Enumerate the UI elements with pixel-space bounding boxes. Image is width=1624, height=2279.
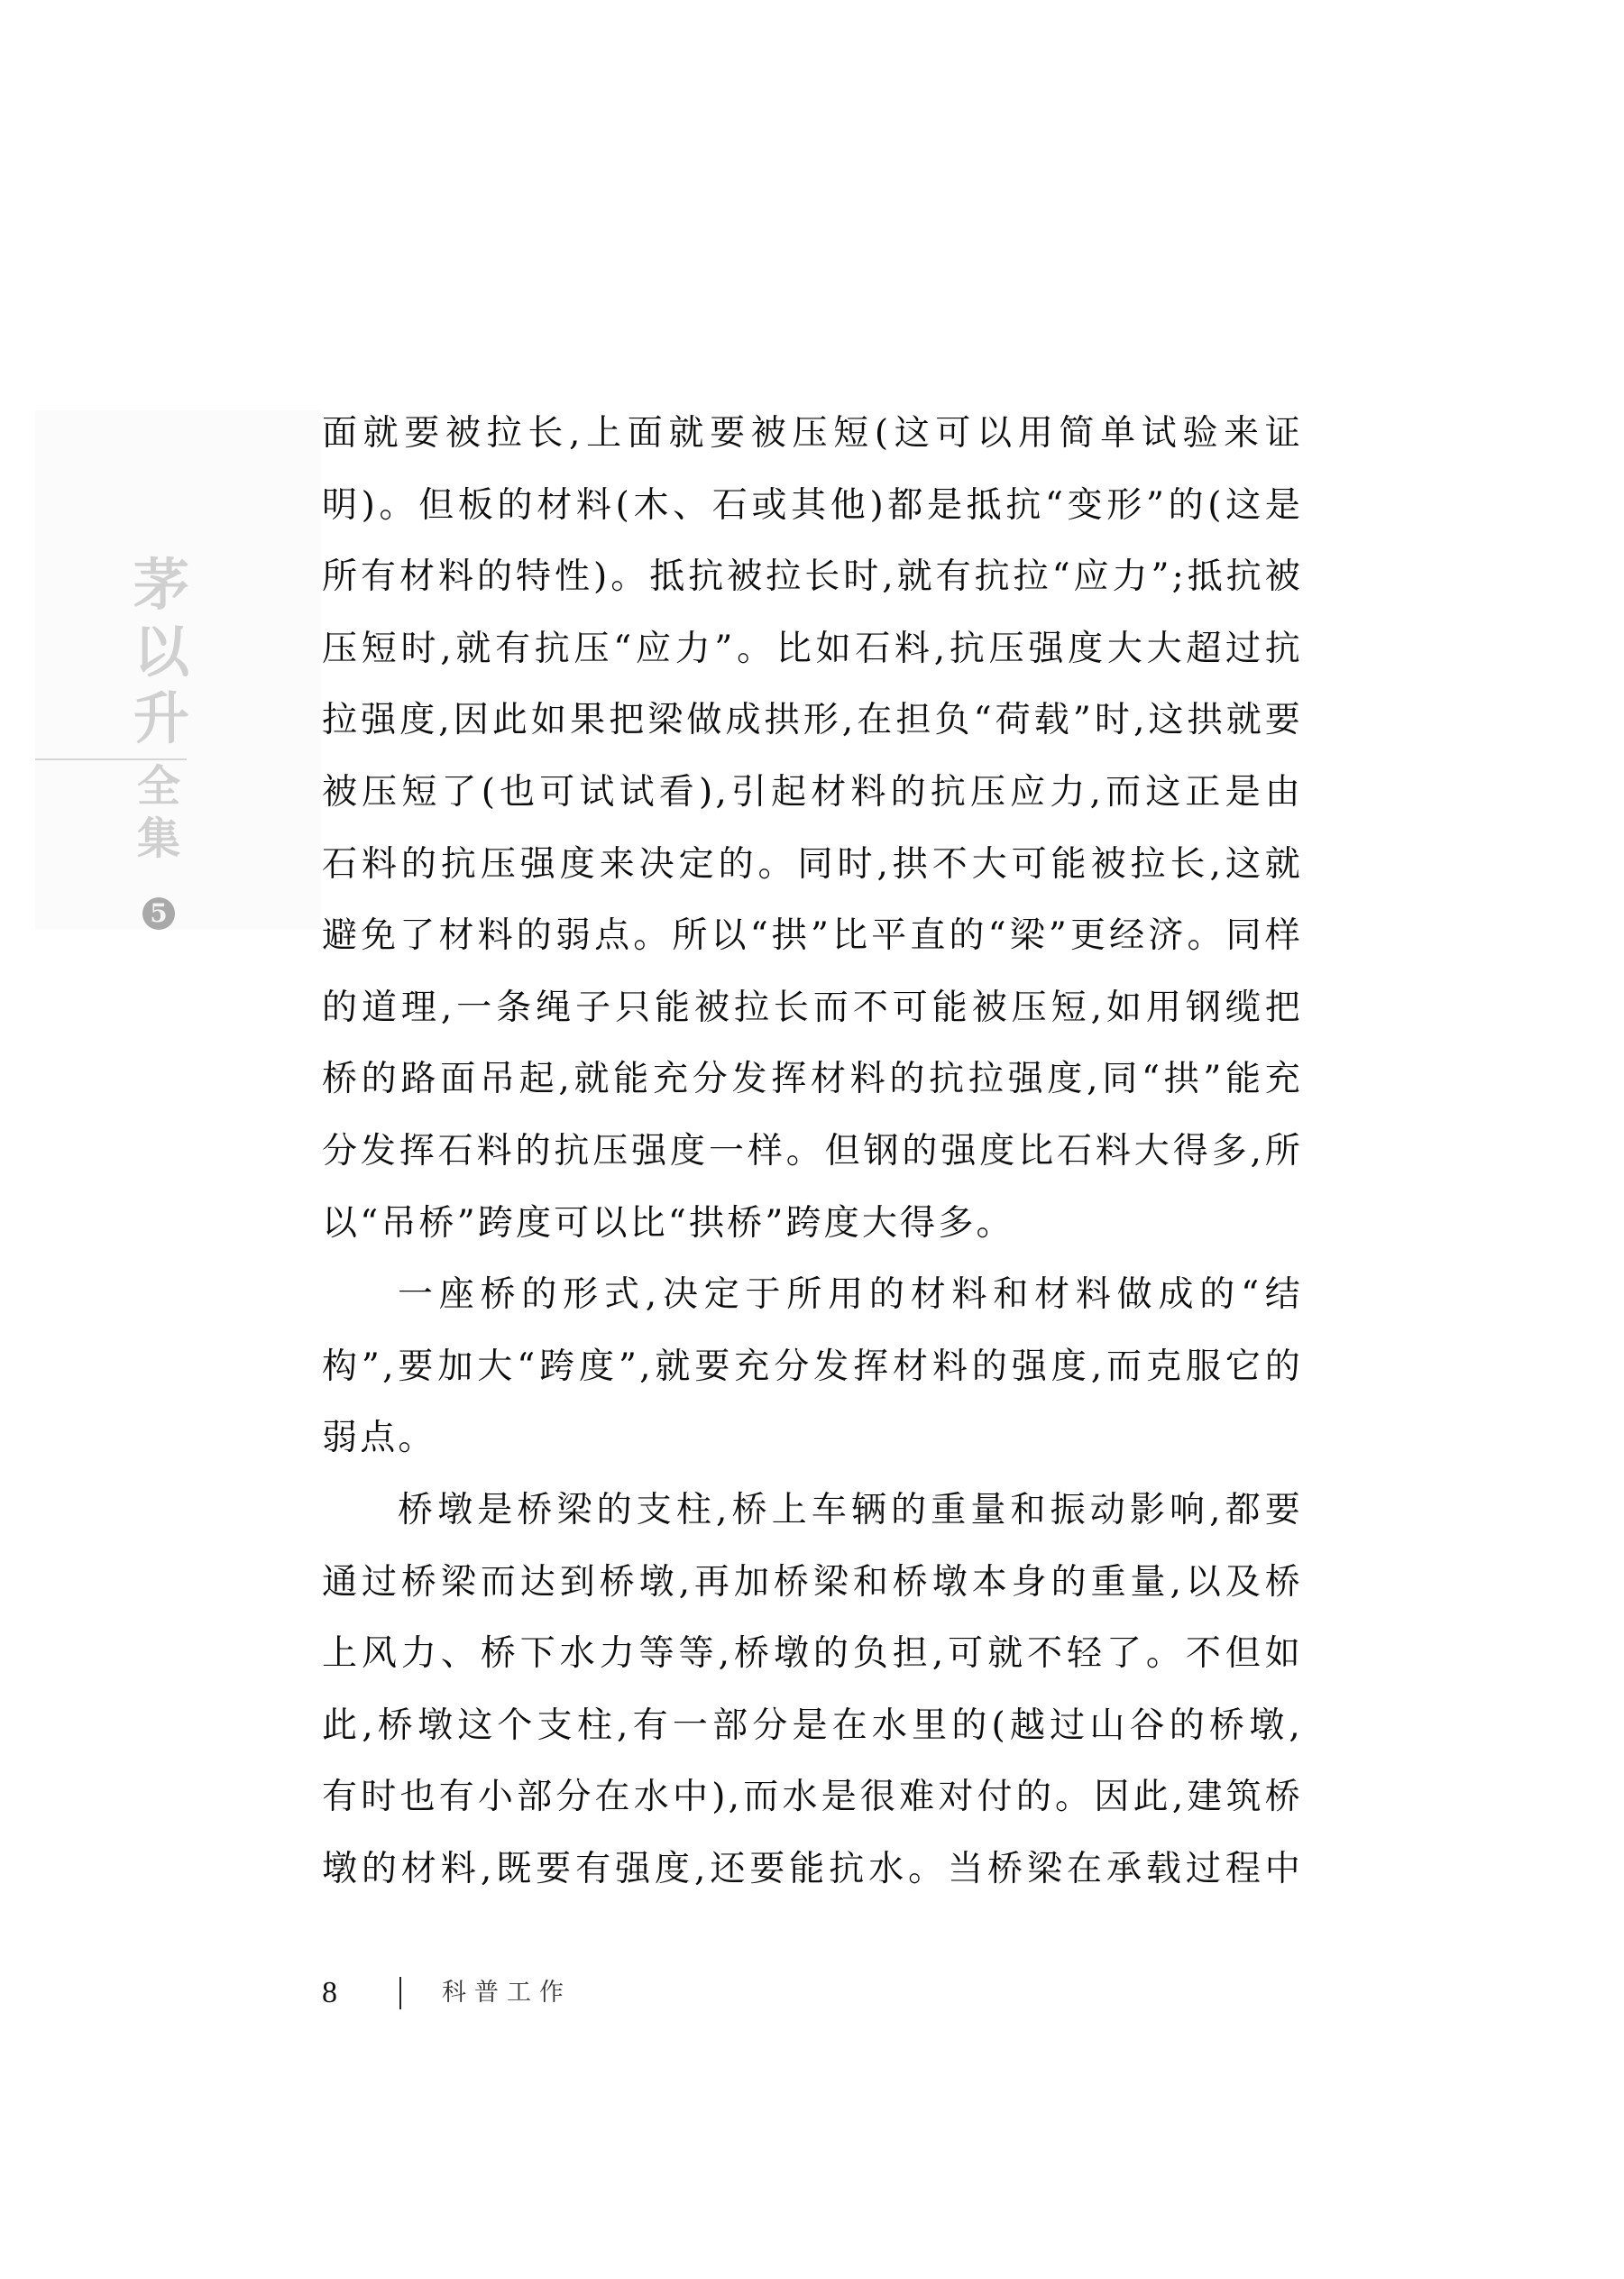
- text-line: 桥的路面吊起,就能充分发挥材料的抗拉强度,同“拱”能充: [322, 1043, 1303, 1116]
- page-footer: 8 科普工作: [322, 1975, 683, 2011]
- text-line: 构”,要加大“跨度”,就要充分发挥材料的强度,而克服它的: [322, 1331, 1303, 1403]
- text-line: 面就要被拉长,上面就要被压短(这可以用简单试验来证: [322, 398, 1303, 470]
- text-line: 石料的抗压强度来决定的。同时,拱不大可能被拉长,这就: [322, 829, 1303, 901]
- series-title-char: 以: [133, 624, 184, 691]
- series-title-char: 升: [133, 691, 184, 758]
- body-text: 面就要被拉长,上面就要被压短(这可以用简单试验来证明)。但板的材料(木、石或其他…: [322, 398, 1303, 1905]
- text-line: 避免了材料的弱点。所以“拱”比平直的“梁”更经济。同样: [322, 900, 1303, 972]
- text-line: 有时也有小部分在水中),而水是很难对付的。因此,建筑桥: [322, 1761, 1303, 1833]
- text-line: 的道理,一条绳子只能被拉长而不可能被压短,如用钢缆把: [322, 972, 1303, 1044]
- text-line: 通过桥梁而达到桥墩,再加桥梁和桥墩本身的重量,以及桥: [322, 1547, 1303, 1619]
- text-line: 墩的材料,既要有强度,还要能抗水。当桥梁在承载过程中: [322, 1833, 1303, 1906]
- text-line: 以“吊桥”跨度可以比“拱桥”跨度大得多。: [322, 1188, 1303, 1260]
- text-line: 一座桥的形式,决定于所用的材料和材料做成的“结: [322, 1259, 1303, 1331]
- series-title-char: 茅: [133, 557, 184, 624]
- text-line: 明)。但板的材料(木、石或其他)都是抵抗“变形”的(这是: [322, 470, 1303, 542]
- volume-number-badge: 5: [142, 897, 175, 930]
- page-number: 8: [322, 1975, 337, 2011]
- series-title-char: 全: [133, 765, 184, 817]
- text-line: 所有材料的特性)。抵抗被拉长时,就有抗拉“应力”;抵抗被: [322, 541, 1303, 613]
- text-line: 分发挥石料的抗压强度一样。但钢的强度比石料大得多,所: [322, 1116, 1303, 1188]
- text-line: 上风力、桥下水力等等,桥墩的负担,可就不轻了。不但如: [322, 1618, 1303, 1690]
- series-divider: [35, 758, 187, 760]
- running-head: 科普工作: [442, 1975, 572, 2011]
- series-title-author: 茅 以 升: [133, 557, 184, 758]
- text-line: 桥墩是桥梁的支柱,桥上车辆的重量和振动影响,都要: [322, 1475, 1303, 1547]
- footer-separator: [399, 1977, 401, 2009]
- text-line: 压短时,就有抗压“应力”。比如石料,抗压强度大大超过抗: [322, 613, 1303, 685]
- series-title-char: 集: [133, 817, 184, 869]
- text-line: 此,桥墩这个支柱,有一部分是在水里的(越过山谷的桥墩,: [322, 1690, 1303, 1762]
- text-line: 拉强度,因此如果把梁做成拱形,在担负“荷载”时,这拱就要: [322, 685, 1303, 757]
- text-line: 被压短了(也可试试看),引起材料的抗压应力,而这正是由: [322, 757, 1303, 829]
- series-title-collection: 全 集: [133, 765, 184, 869]
- text-line: 弱点。: [322, 1402, 1303, 1475]
